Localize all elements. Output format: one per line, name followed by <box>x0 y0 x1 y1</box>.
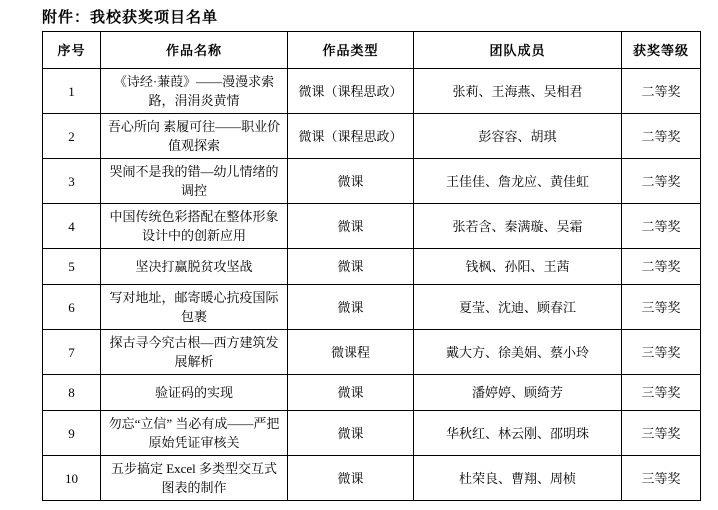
table-row: 9 勿忘“立信” 当必有成——严把原始凭证审核关 微课 华秋红、林云刚、邵明珠 … <box>43 411 701 456</box>
col-header-number: 序号 <box>43 32 101 69</box>
cell-work-type: 微课 <box>288 285 414 330</box>
cell-work-name: 写对地址，邮寄暖心抗疫国际包裹 <box>101 285 288 330</box>
col-header-work-name: 作品名称 <box>101 32 288 69</box>
cell-work-name: 《诗经·蒹葭》——漫漫求索路，涓涓炎黄情 <box>101 69 288 114</box>
cell-members: 彭容容、胡琪 <box>414 114 622 159</box>
cell-number: 5 <box>43 249 101 285</box>
cell-number: 7 <box>43 330 101 375</box>
cell-members: 华秋红、林云刚、邵明珠 <box>414 411 622 456</box>
cell-work-name: 哭闹不是我的错—幼儿情绪的调控 <box>101 159 288 204</box>
table-row: 10 五步搞定 Excel 多类型交互式图表的制作 微课 杜荣良、曹翔、周桢 三… <box>43 456 701 501</box>
cell-work-name: 验证码的实现 <box>101 375 288 411</box>
cell-work-type: 微课 <box>288 249 414 285</box>
cell-number: 8 <box>43 375 101 411</box>
cell-members: 夏莹、沈迪、顾春江 <box>414 285 622 330</box>
cell-number: 6 <box>43 285 101 330</box>
table-row: 2 吾心所向 素履可往——职业价值观探索 微课（课程思政） 彭容容、胡琪 二等奖 <box>43 114 701 159</box>
cell-members: 潘婷婷、顾绮芳 <box>414 375 622 411</box>
cell-number: 10 <box>43 456 101 501</box>
cell-work-type: 微课 <box>288 159 414 204</box>
table-row: 3 哭闹不是我的错—幼儿情绪的调控 微课 王佳佳、詹龙应、黄佳虹 二等奖 <box>43 159 701 204</box>
cell-award: 三等奖 <box>622 411 701 456</box>
cell-members: 钱枫、孙阳、王茜 <box>414 249 622 285</box>
document-page: 附件：我校获奖项目名单 序号 作品名称 作品类型 团队成员 获奖等级 1 《诗经… <box>0 0 718 510</box>
cell-members: 王佳佳、詹龙应、黄佳虹 <box>414 159 622 204</box>
cell-number: 9 <box>43 411 101 456</box>
cell-award: 三等奖 <box>622 330 701 375</box>
cell-work-name: 探古寻今究古根—西方建筑发展解析 <box>101 330 288 375</box>
cell-number: 3 <box>43 159 101 204</box>
table-row: 5 坚决打赢脱贫攻坚战 微课 钱枫、孙阳、王茜 二等奖 <box>43 249 701 285</box>
table-row: 8 验证码的实现 微课 潘婷婷、顾绮芳 三等奖 <box>43 375 701 411</box>
table-body: 1 《诗经·蒹葭》——漫漫求索路，涓涓炎黄情 微课（课程思政） 张莉、王海燕、吴… <box>43 69 701 501</box>
table-row: 1 《诗经·蒹葭》——漫漫求索路，涓涓炎黄情 微课（课程思政） 张莉、王海燕、吴… <box>43 69 701 114</box>
cell-work-name: 勿忘“立信” 当必有成——严把原始凭证审核关 <box>101 411 288 456</box>
cell-award: 二等奖 <box>622 159 701 204</box>
cell-members: 杜荣良、曹翔、周桢 <box>414 456 622 501</box>
table-row: 7 探古寻今究古根—西方建筑发展解析 微课程 戴大方、徐美娟、蔡小玲 三等奖 <box>43 330 701 375</box>
cell-award: 二等奖 <box>622 114 701 159</box>
cell-number: 1 <box>43 69 101 114</box>
cell-work-type: 微课（课程思政） <box>288 69 414 114</box>
cell-work-name: 中国传统色彩搭配在整体形象设计中的创新应用 <box>101 204 288 249</box>
cell-number: 4 <box>43 204 101 249</box>
table-row: 4 中国传统色彩搭配在整体形象设计中的创新应用 微课 张若含、秦满璇、吴霜 二等… <box>43 204 701 249</box>
document-title: 附件：我校获奖项目名单 <box>42 6 700 27</box>
cell-award: 二等奖 <box>622 204 701 249</box>
cell-award: 二等奖 <box>622 69 701 114</box>
table-row: 6 写对地址，邮寄暖心抗疫国际包裹 微课 夏莹、沈迪、顾春江 三等奖 <box>43 285 701 330</box>
col-header-award: 获奖等级 <box>622 32 701 69</box>
cell-award: 二等奖 <box>622 249 701 285</box>
cell-work-type: 微课 <box>288 204 414 249</box>
cell-award: 三等奖 <box>622 456 701 501</box>
cell-work-name: 坚决打赢脱贫攻坚战 <box>101 249 288 285</box>
cell-work-type: 微课 <box>288 375 414 411</box>
cell-work-type: 微课（课程思政） <box>288 114 414 159</box>
cell-work-type: 微课程 <box>288 330 414 375</box>
cell-award: 三等奖 <box>622 375 701 411</box>
cell-award: 三等奖 <box>622 285 701 330</box>
cell-work-type: 微课 <box>288 411 414 456</box>
cell-members: 戴大方、徐美娟、蔡小玲 <box>414 330 622 375</box>
cell-work-type: 微课 <box>288 456 414 501</box>
awards-table: 序号 作品名称 作品类型 团队成员 获奖等级 1 《诗经·蒹葭》——漫漫求索路，… <box>42 31 701 501</box>
cell-members: 张莉、王海燕、吴相君 <box>414 69 622 114</box>
col-header-work-type: 作品类型 <box>288 32 414 69</box>
table-header-row: 序号 作品名称 作品类型 团队成员 获奖等级 <box>43 32 701 69</box>
cell-work-name: 五步搞定 Excel 多类型交互式图表的制作 <box>101 456 288 501</box>
cell-work-name: 吾心所向 素履可往——职业价值观探索 <box>101 114 288 159</box>
cell-members: 张若含、秦满璇、吴霜 <box>414 204 622 249</box>
cell-number: 2 <box>43 114 101 159</box>
col-header-members: 团队成员 <box>414 32 622 69</box>
